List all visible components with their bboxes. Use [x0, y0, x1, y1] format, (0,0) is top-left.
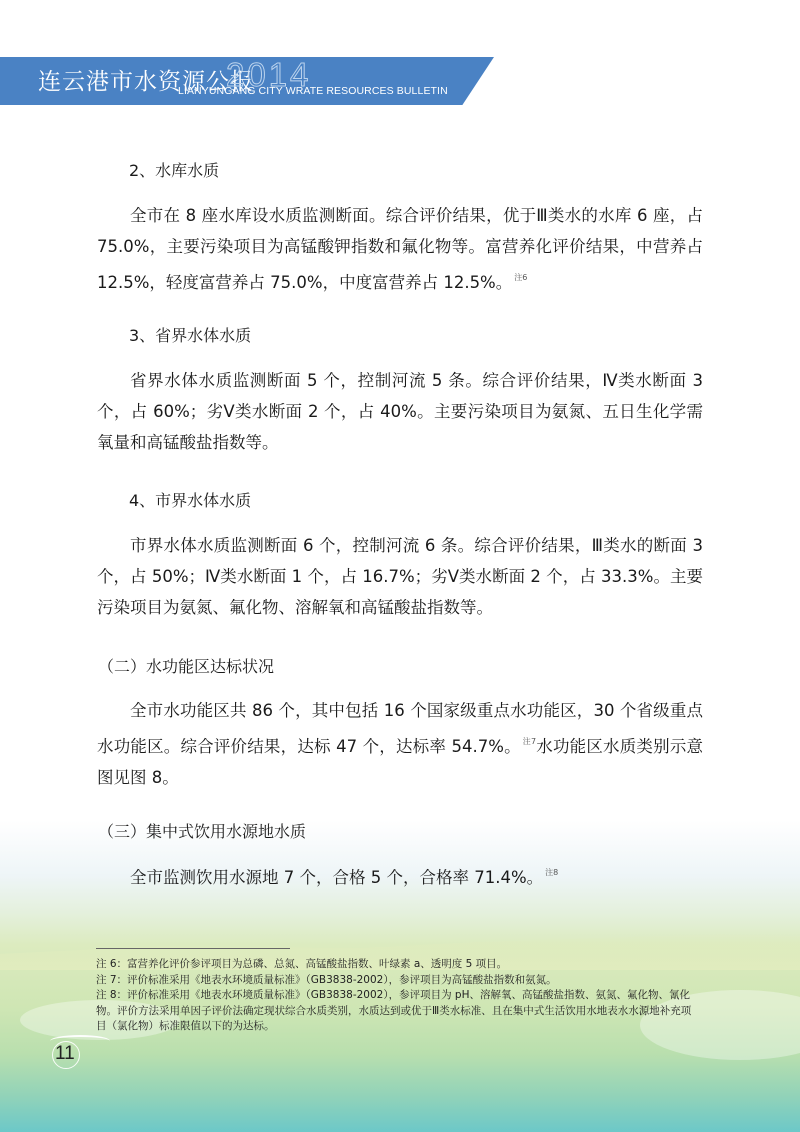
- section-heading-reservoir: 2、水库水质: [129, 158, 219, 181]
- section-heading-city-boundary: 4、市界水体水质: [129, 488, 251, 511]
- paragraph-water-function-zones: 全市水功能区共 86 个，其中包括 16 个国家级重点水功能区，30 个省级重点…: [97, 695, 703, 793]
- footnote-ref-7[interactable]: 注7: [523, 737, 536, 746]
- section-heading-drinking-water: （三）集中式饮用水源地水质: [98, 819, 306, 842]
- paragraph-city-boundary: 市界水体水质监测断面 6 个，控制河流 6 条。综合评价结果，Ⅲ类水的断面 3 …: [97, 530, 703, 623]
- paragraph-reservoir: 全市在 8 座水库设水质监测断面。综合评价结果，优于Ⅲ类水的水库 6 座，占75…: [97, 200, 703, 298]
- footnotes: 注 6：富营养化评价参评项目为总磷、总氮、高锰酸盐指数、叶绿素 a、透明度 5 …: [96, 957, 696, 1035]
- footnote-7: 注 7：评价标准采用《地表水环境质量标准》（GB3838-2002），参评项目为…: [96, 973, 696, 989]
- section-heading-provincial-boundary: 3、省界水体水质: [129, 323, 251, 346]
- page-number: 11: [55, 1043, 75, 1065]
- report-subtitle: LIANYUNGANG CITY WRATE RESOURCES BULLETI…: [178, 85, 448, 97]
- paragraph-drinking-water: 全市监测饮用水源地 7 个，合格 5 个，合格率 71.4%。注8: [97, 857, 703, 893]
- paragraph-provincial-boundary: 省界水体水质监测断面 5 个，控制河流 5 条。综合评价结果，Ⅳ类水断面 3 个…: [97, 365, 703, 458]
- footnote-ref-8[interactable]: 注8: [545, 868, 558, 877]
- footnote-divider: [96, 948, 290, 949]
- paragraph-text: 全市监测饮用水源地 7 个，合格 5 个，合格率 71.4%。: [130, 868, 543, 887]
- footnote-6: 注 6：富营养化评价参评项目为总磷、总氮、高锰酸盐指数、叶绿素 a、透明度 5 …: [96, 957, 696, 973]
- paragraph-text: 全市在 8 座水库设水质监测断面。综合评价结果，优于Ⅲ类水的水库 6 座，占75…: [97, 206, 703, 292]
- section-heading-water-function-zones: （二）水功能区达标状况: [98, 654, 274, 677]
- footnote-8: 注 8：评价标准采用《地表水环境质量标准》（GB3838-2002），参评项目为…: [96, 988, 696, 1035]
- footnote-ref-6[interactable]: 注6: [514, 273, 527, 282]
